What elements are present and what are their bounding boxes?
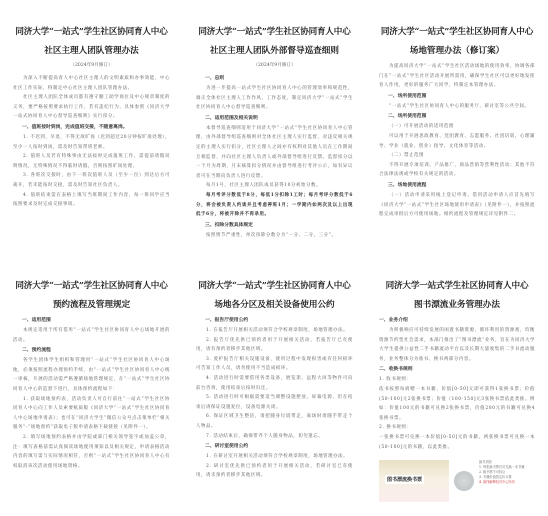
revision-date: （2024年9月修订） — [13, 62, 170, 70]
paragraph: 4. 值班结束需在表格上填写当班期间工作内容，每一班同学应当按照要求及时完成交接… — [13, 191, 170, 210]
document-grid: 同济大学“一站式”学生社区协同育人中心社区主理人团队管理办法（2024年9月修订… — [0, 0, 548, 516]
paragraph: 1. 获取场地预约表，活动负责人可自行前往“一站式”学生社区协同育人中心向工作人… — [13, 395, 170, 433]
section-heading: 二、适用范围及相关说明 — [196, 114, 353, 123]
section-heading: 一、场所使用范围 — [379, 92, 535, 101]
section-heading: 一、值班按时到岗，完成值班交接，不随意离岗。 — [13, 123, 170, 132]
section-heading: 一、业务介绍 — [379, 316, 535, 325]
document-subtitle: 社区主理人团队管理办法 — [13, 45, 170, 58]
paragraph: 1. 收书规则： — [379, 375, 535, 385]
paragraph: 各学生团体学生组织和管理用“一站式”学生社区协同育人中心场地，必须按照流程办理预… — [13, 356, 170, 394]
ticket-notes: 换书须知1. 每张换书票仅可兑换一本书籍2. 换书票不可转让3. 书籍价值按定价… — [479, 460, 535, 502]
section-heading: 三、扣除分数具体规定 — [196, 221, 353, 230]
document-subtitle: 场地各分区及相关设备使用公约 — [196, 299, 353, 312]
section-heading: 二、预约流程 — [13, 346, 170, 355]
paragraph: （一）活动申请采用线上登记申请。借用活动申请人应首先填写《同济大学“一站式”学生… — [379, 191, 535, 220]
paragraph: 为提高同济大学“一站式”学生社区活动场地的使用效率，协调各部门在“一站式”学生社… — [379, 62, 535, 91]
section-heading: 一、总则 — [196, 74, 353, 83]
paragraph: （一）可开展活动的适用范围 — [379, 122, 535, 132]
paragraph: 可以用于开展思政教育、党团教育、志愿服务、社团培训、心理辅导、学业（就业、创业）… — [379, 132, 535, 151]
ticket-photo: 图书漂流换书票 — [379, 460, 449, 502]
paragraph: 2. 研讨室优先供已预约者用于开展相关活动，若研讨室已有使用，请未预约者移步其他… — [196, 462, 353, 481]
document-title: 同济大学“一站式”学生社区协同育人中心 — [196, 280, 353, 293]
paragraph: 1. 在研讨室开展相关活动须符合学校规章制度，场地管理办法。 — [196, 452, 353, 462]
paragraph: 按照情节严重性，单次扣除分数分为“一分、二分、三分”。 — [196, 231, 353, 241]
stamp-icon — [453, 460, 475, 502]
paragraph: 5. 活动进行时可根据需要适当调整设施摆放、屏幕电源，但在结束后请保证设施复位，… — [196, 393, 353, 412]
document-title: 同济大学“一站式”学生社区协同育人中心 — [13, 280, 170, 293]
document-subtitle: 预约流程及管理规定 — [13, 299, 170, 312]
section-heading: 二、研讨室使用公约 — [196, 442, 353, 451]
book-ticket-image: 图书漂流换书票换书须知1. 每张换书票仅可兑换一本书籍2. 换书票不可转让3. … — [379, 460, 535, 502]
revision-date: （2024年9月修订） — [196, 62, 353, 70]
paragraph: 社区主理人团队全体成员都有遵守勤工助学岗位及中心规章制度的义务，要严格按照要求执… — [13, 93, 170, 122]
paragraph: 为深入不断提高育人中心社区主理人的文明素质和办事效能，中心社区工作实际，特制定中… — [13, 74, 170, 93]
paragraph: 2. 值班人员若有特殊事由无法按时完成值班工作，需提前请假说明情况，无特殊情况不… — [13, 152, 170, 171]
paragraph: 4. 活动进行时需要借用各类设备，展览架、远程大屏等物件可向前台咨询，使用结束后… — [196, 374, 353, 393]
paragraph: 本督导巡查细则适用于同济大学“一站式”学生社区协同育人中心管理，由外部督导组巡查… — [196, 124, 353, 182]
document-subtitle: 场地管理办法（修订案） — [379, 45, 535, 58]
paragraph: 3. 各班次交接时，由下一班次值班人员（至少一位）到达后方可离开，若未能按时交接… — [13, 171, 170, 190]
paragraph: 2. 填写场地预约表格并由学院或部门相关领导签字或加盖公章，注：填写表格前需认真… — [13, 433, 170, 471]
paragraph: 2. 报告厅优先供已预约者用于开展相关活动，若报告厅已有使用，请有预约者移步其他… — [196, 336, 353, 355]
paragraph: 为进一步提高一站式学生社区协同育人中心的管理效率和规范性，端正全体社区主理人工作… — [196, 84, 353, 113]
paragraph: 3. 爱护报告厅相关设施设备，使用过程中发现损害或有任何损坏可告知工作人员，请勿… — [196, 355, 353, 374]
section-heading: 一、适用范围 — [13, 316, 170, 325]
section-heading: 一、报告厅使用公约 — [196, 316, 353, 325]
section-heading: 三、场地使用流程 — [379, 181, 535, 190]
document-title: 同济大学“一站式”学生社区协同育人中心 — [379, 26, 535, 39]
page-booking-process: 同济大学“一站式”学生社区协同育人中心预约流程及管理规定一、适用范围本规定适用于… — [0, 258, 183, 516]
paragraph: “一站式”学生社区协同育人中心的服务厅、研讨室等公共空间。 — [379, 102, 535, 112]
paragraph: 依书按照每捐赠一本书籍，价值[0-50]元即可获得1张换书票；价值(50-100… — [379, 385, 535, 423]
ticket-banner: 图书漂流换书票 — [385, 475, 424, 484]
page-team-management: 同济大学“一站式”学生社区协同育人中心社区主理人团队管理办法（2024年9月修订… — [0, 0, 183, 258]
document-title: 同济大学“一站式”学生社区协同育人中心 — [13, 26, 170, 39]
paragraph: 6. 保证区域卫生整洁，请把随身垃圾带走，离场时请随手带走个人物品。 — [196, 412, 353, 431]
paragraph: 一张换书票可兑换一本价值[0-50]元的书籍，两张换书票可兑换一本(50-100… — [379, 433, 535, 452]
paragraph: 为积极响应可持续发展的闲置书籍资源，循环利用的资源观，均衡资源节约型社会需求，本… — [379, 326, 535, 364]
page-venue-equipment-rules: 同济大学“一站式”学生社区协同育人中心场地各分区及相关设备使用公约一、报告厅使用… — [183, 258, 366, 516]
paragraph-emphasis: 每月考评分数低于8分，每低1分扣除1工时；每月考评分数低于6分，将会被负责人约谈… — [196, 191, 353, 220]
document-title: 同济大学一站式学生社区协同育人中心 — [379, 280, 535, 293]
paragraph: 不得开展专项培训、产品推广、商品营销等营利性活动；其他不符合法律法规或学校有关规… — [379, 161, 535, 180]
document-subtitle: 图书漂流业务管理办法 — [379, 299, 535, 312]
paragraph: 1. 在报告厅开展相关活动须符合学校规章制度，场地管理办法。 — [196, 326, 353, 336]
paragraph: 7. 活动结束后，确保带齐个人随身物品，切勿遗忘。 — [196, 432, 353, 442]
paragraph: 每月1号，社区主理人团队成员获得10分初始分数。 — [196, 181, 353, 191]
paragraph: 本规定适用于所有借用“一站式”学生社区协同育人中心场地开展的活动。 — [13, 326, 170, 345]
document-subtitle: 社区主理人团队外部督导巡查细则 — [196, 45, 353, 58]
page-supervision-rules: 同济大学“一站式”学生社区协同育人中心社区主理人团队外部督导巡查细则（2024年… — [183, 0, 366, 258]
paragraph: （二）禁止范围 — [379, 151, 535, 161]
page-book-drifting: 同济大学一站式学生社区协同育人中心图书漂流业务管理办法一、业务介绍为积极响应可持… — [366, 258, 548, 516]
document-title: 同济大学“一站式”学生社区协同育人中心 — [196, 26, 353, 39]
paragraph: 1. 不迟到，早退，不得无故旷岗（迟到超过20分钟按旷岗处理），至少一人按时到岗… — [13, 133, 170, 152]
paragraph: 2. 换书规则： — [379, 423, 535, 433]
section-heading: 二、收换书规则 — [379, 365, 535, 374]
ticket-note-line: 4. 最终解释权归中心所有 — [479, 480, 535, 485]
section-heading: 二、场所使用范围 — [379, 112, 535, 121]
page-venue-management: 同济大学“一站式”学生社区协同育人中心场地管理办法（修订案）为提高同济大学“一站… — [366, 0, 548, 258]
